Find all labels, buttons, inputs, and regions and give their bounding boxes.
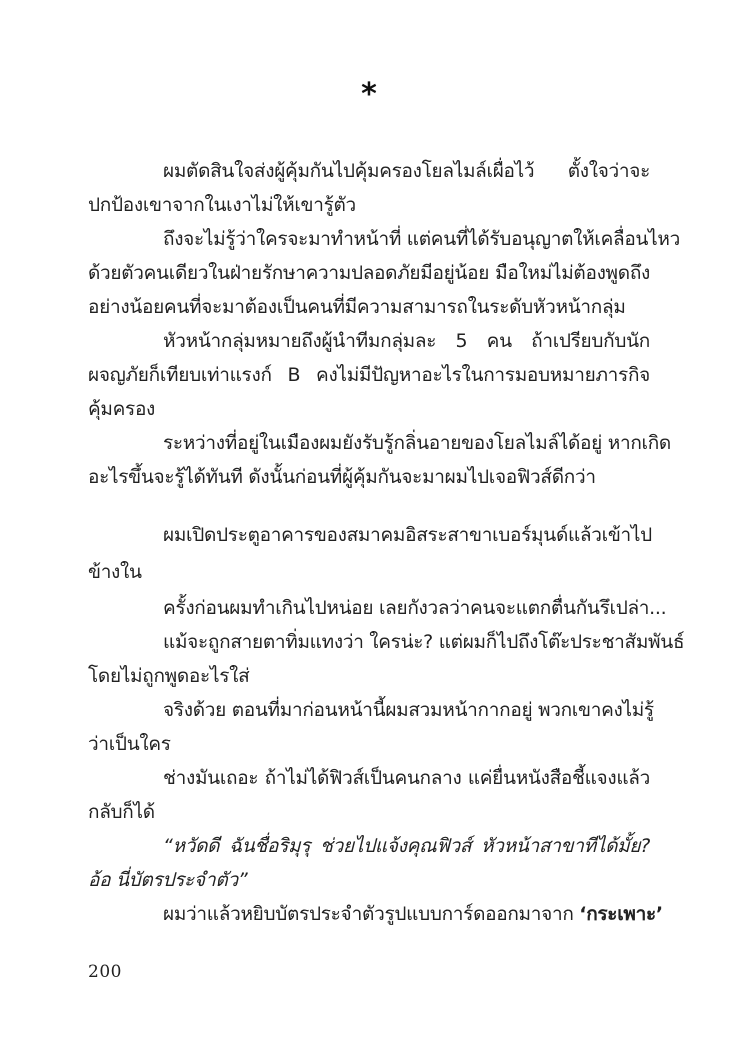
dialogue-line: “หวัดดี ฉันชื่อริมุรุ ช่วยไปแจ้งคุณฟิวส์… [163, 829, 650, 863]
book-page: * ผมตัดสินใจส่งผู้คุ้มกันไปคุ้มครองโยลไม… [0, 0, 738, 1051]
paragraph-line: ถึงจะไม่รู้ว่าใครจะมาทำหน้าที่ แต่คนที่ไ… [163, 222, 650, 256]
paragraph-line: ผมตัดสินใจส่งผู้คุ้มกันไปคุ้มครองโยลไมล์… [163, 154, 650, 188]
dialogue-line: อ้อ นี่บัตรประจำตัว” [88, 863, 650, 897]
paragraph-line: ผมว่าแล้วหยิบบัตรประจำตัวรูปแบบการ์ดออกม… [163, 897, 650, 931]
paragraph-line: ผมเปิดประตูอาคารของสมาคมอิสระสาขาเบอร์มุ… [163, 518, 650, 552]
scene-break-asterisk: * [0, 80, 738, 110]
paragraph-line: ระหว่างที่อยู่ในเมืองผมยังรับรู้กลิ่นอาย… [163, 426, 650, 460]
paragraph-line: คุ้มครอง [88, 392, 650, 426]
paragraph-line: จริงด้วย ตอนที่มาก่อนหน้านี้ผมสวมหน้ากาก… [163, 693, 650, 727]
page-number: 200 [88, 962, 122, 982]
paragraph-line: อย่างน้อยคนที่จะมาต้องเป็นคนที่มีความสาม… [88, 290, 650, 324]
paragraph-line: ด้วยตัวคนเดียวในฝ่ายรักษาความปลอดภัยมีอย… [88, 256, 650, 290]
paragraph-line: ข้างใน [88, 555, 650, 589]
paragraph-line: อะไรขึ้นจะรู้ได้ทันที ดังนั้นก่อนที่ผู้ค… [88, 460, 650, 494]
paragraph-line: ว่าเป็นใคร [88, 727, 650, 761]
paragraph-line: ครั้งก่อนผมทำเกินไปหน่อย เลยกังวลว่าคนจะ… [163, 591, 650, 625]
paragraph-line: โดยไม่ถูกพูดอะไรใส่ [88, 659, 650, 693]
bold-term: ‘กระเพาะ’ [579, 903, 663, 925]
paragraph-line: ปกป้องเขาจากในเงาไม่ให้เขารู้ตัว [88, 188, 650, 222]
paragraph-line: ผจญภัยก็เทียบเท่าแรงก์ B คงไม่มีปัญหาอะไ… [88, 358, 650, 392]
paragraph-line: กลับก็ได้ [88, 795, 650, 829]
paragraph-line: หัวหน้ากลุ่มหมายถึงผู้นำทีมกลุ่มละ 5 คน … [163, 324, 650, 358]
paragraph-text: ผมว่าแล้วหยิบบัตรประจำตัวรูปแบบการ์ดออกม… [163, 903, 574, 925]
paragraph-line: ช่างมันเถอะ ถ้าไม่ได้ฟิวส์เป็นคนกลาง แค่… [163, 761, 650, 795]
paragraph-line: แม้จะถูกสายตาทิ่มแทงว่า ใครน่ะ? แต่ผมก็ไ… [163, 625, 650, 659]
